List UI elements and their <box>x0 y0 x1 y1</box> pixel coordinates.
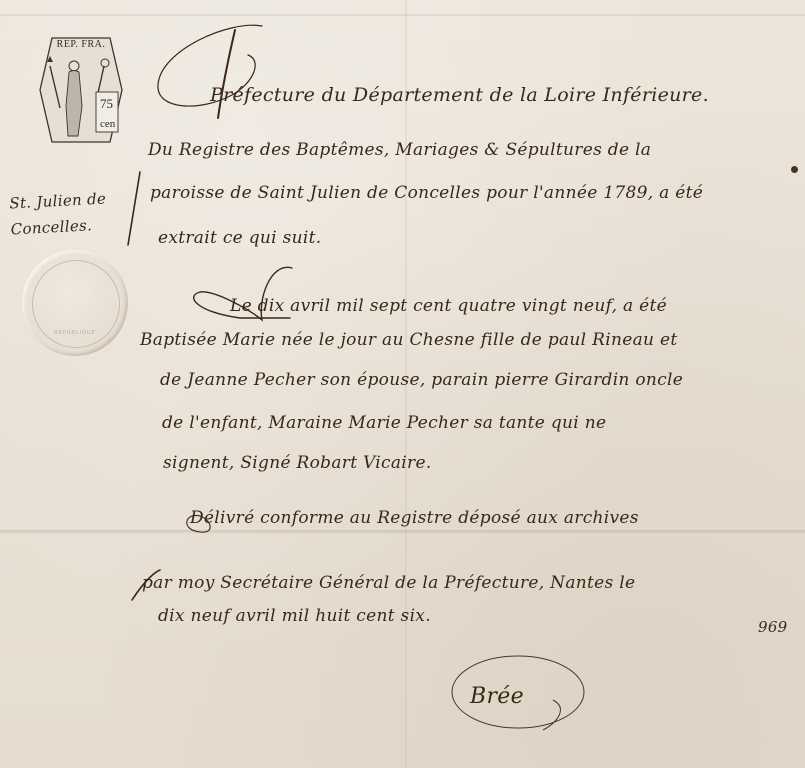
body-line-6: de Jeanne Pecher son épouse, parain pier… <box>160 370 683 390</box>
body-line-1: Du Registre des Baptêmes, Mariages & Sép… <box>148 140 651 160</box>
body-line-5: Baptisée Marie née le jour au Chesne fil… <box>140 330 677 350</box>
signature: Brée <box>470 684 524 709</box>
margin-note: St. Julien de Concelles. <box>9 186 108 243</box>
document-title: Préfecture du Département de la Loire In… <box>210 84 709 106</box>
body-line-8: signent, Signé Robart Vicaire. <box>163 453 432 473</box>
ink-blot <box>791 166 798 173</box>
document-page: REP. FRA. 75 cen REPUBLIQUE Préfecture d… <box>0 0 805 768</box>
margin-note-line-2: Concelles. <box>10 211 108 242</box>
certification-line-1: Délivré conforme au Registre déposé aux … <box>190 508 639 528</box>
body-line-4: Le dix avril mil sept cent quatre vingt … <box>230 296 667 316</box>
folio-number: 969 <box>758 618 788 636</box>
certification-line-2: par moy Secrétaire Général de la Préfect… <box>142 573 635 593</box>
margin-note-line-1: St. Julien de <box>9 186 107 217</box>
body-line-7: de l'enfant, Maraine Marie Pecher sa tan… <box>162 413 606 433</box>
certification-line-3: dix neuf avril mil huit cent six. <box>158 606 431 626</box>
body-line-2: paroisse de Saint Julien de Concelles po… <box>150 183 703 203</box>
body-line-3: extrait ce qui suit. <box>158 228 321 248</box>
